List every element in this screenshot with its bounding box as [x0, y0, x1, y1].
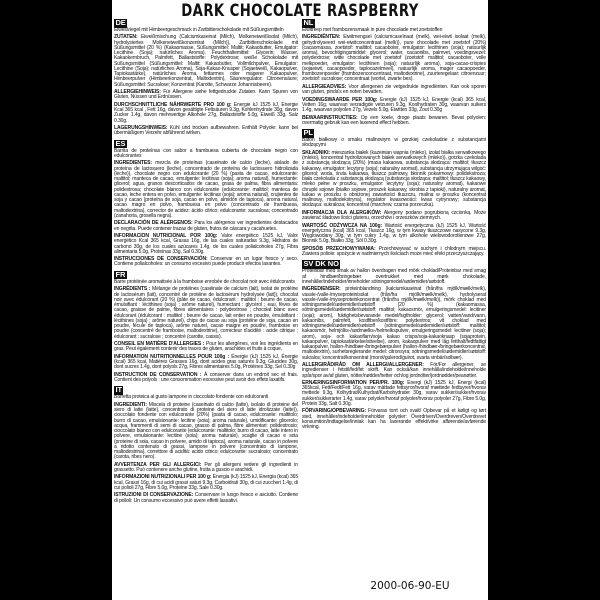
ingredients-text-sv-dk-no: proteinblandning (kalciumkaseinat (från/… — [302, 286, 486, 360]
nutrition-de: DURCHSCHNITTLICHE NÄHRWERTE PRO 100 g: E… — [114, 103, 298, 124]
allergy-fr: CONSEIL EN MATIÈRE D'ALLERGIES : Pour le… — [114, 342, 298, 353]
description-sv-dk-no: Proteinbar med smak av hallon överdragen… — [302, 269, 486, 285]
nutrition-sv-dk-no: ERNÆRINGSINFORMATION PER/PR. 100g: Energ… — [302, 381, 486, 407]
ingredients-pl: SKŁADNIKI: mieszanka białek (kazeinian w… — [302, 151, 486, 209]
label-panel: DARK CHOCOLATE RASPBERRY DE Eiweißriegel… — [112, 0, 488, 600]
right-column: NL Eiwitreep met frambozensmaak in pure … — [302, 18, 486, 433]
description-it: Barretta proteica al gusto lampone in ci… — [114, 395, 298, 400]
nutrition-it: INFORMAZIONI NUTRIZIONALI PER 100 g: Ene… — [114, 475, 298, 491]
description-es: Barrita de proteínas con sabor a frambue… — [114, 149, 298, 160]
description-nl: Eiwitreep met frambozensmaak in pure cho… — [302, 28, 486, 33]
ingredients-text-it: Miscela di proteine (caseinato di calcio… — [114, 402, 298, 461]
allergy-it: AVVERTENZA PER GLI ALLERGICI: Per gli al… — [114, 463, 298, 474]
allergy-es: DECLARACIÓN DE ALÉRGENOS: Para los alérg… — [114, 221, 298, 232]
ingredients-text-es: mezcla de proteínas (caseinato de calcio… — [114, 160, 298, 219]
ingredients-it: INGREDIENTI: Miscela di proteine (casein… — [114, 403, 298, 461]
section-es: ES Barrita de proteínas con sabor a fram… — [114, 139, 298, 268]
description-fr: Barre protéinée aromatisée à la frambois… — [114, 280, 298, 285]
nutrition-fr: INFORMATION NUTRITIONNELLES POUR 100g : … — [114, 355, 298, 371]
ingredients-nl: INGREDIËNTEN: Eiwitmengsel (calciumcaseï… — [302, 35, 486, 82]
allergy-de: ALLERGIEHINWEIS: Für Allergene siehe fet… — [114, 90, 298, 101]
section-it: IT Barretta proteica al gusto lampone in… — [114, 385, 298, 504]
left-column: DE Eiweißriegel mit Himbeergeschmack in … — [114, 18, 298, 506]
allergy-nl: ALLERGIEADVIES: Voor allergenen zie vetg… — [302, 85, 486, 96]
storage-es: INSTRUCCIONES DE CONSERVACIÓN: Conservar… — [114, 257, 298, 268]
ingredients-text-fr: Mélange de protéines (caséinate de calci… — [114, 286, 298, 339]
ingredients-es: INGREDIENTES: mezcla de proteínas (casei… — [114, 161, 298, 219]
section-sv-dk-no: SV DK NO Proteinbar med smak av hallon ö… — [302, 259, 486, 430]
product-code: 2000-06-90-EU — [340, 580, 480, 593]
language-tag-es: ES — [114, 140, 127, 149]
section-pl: PL Baton białkowy o smaku malinowym w go… — [302, 128, 486, 257]
storage-it: ISTRUZIONI DI CONSERVAZIONE: Conservare … — [114, 493, 298, 504]
ingredients-text-nl: Eiwitmengsel (calciumcaseïnaat (melk), w… — [302, 34, 486, 82]
nutrition-pl: WARTOŚĆ ODŻYWCZA NA 100g: Wartość energe… — [302, 224, 486, 245]
ingredients-fr: INGRÉDIENTS : Mélange de protéines (casé… — [114, 287, 298, 340]
description-pl: Baton białkowy o smaku malinowym w gorzk… — [302, 138, 486, 149]
section-fr: FR Barre protéinée aromatisée à la framb… — [114, 270, 298, 383]
storage-pl: SPOSÓB PRZECHOWYWANIA: Przechowywać w su… — [302, 247, 486, 258]
ingredients-sv-dk-no: INGREDIENSER: proteinblandning (kalciumk… — [302, 287, 486, 361]
allergy-sv-dk-no: ALLERGIRÅD/RÅD OM ALLERGI/ALLERGENER: Fö… — [302, 363, 486, 379]
section-de: DE Eiweißriegel mit Himbeergeschmack in … — [114, 18, 298, 137]
storage-sv-dk-no: FÖRVARING/OPBEVARING: Förvaras torrt och… — [302, 409, 486, 430]
storage-nl: BEWAARINSTRUCTIES: Op een koele, droge p… — [302, 116, 486, 127]
section-nl: NL Eiwitreep met frambozensmaak in pure … — [302, 18, 486, 126]
nutrition-es: INFORMACION NUTRICIONAL POR 100g: Valor … — [114, 234, 298, 255]
storage-fr: INSTRUCTION DE CONSERVATION : À conserve… — [114, 373, 298, 384]
ingredients-de: ZUTATEN: Eiweißmischung (Calciumkaseinat… — [114, 35, 298, 88]
storage-de: LAGERUNGSHINWEIS: Kühl und trocken aufbe… — [114, 126, 298, 137]
ingredients-text-de: Eiweißmischung (Calciumkaseinat (Milch),… — [114, 34, 298, 87]
ingredients-text-pl: mieszanka białek (kazeinian wapnia (mlek… — [302, 150, 486, 209]
allergy-pl: INFORMACJA DLA ALERGIKÓW: Alergeny podan… — [302, 211, 486, 222]
nutrition-nl: VOEDINGSWAARDE PER 100g: Energie (kJ) 15… — [302, 98, 486, 114]
description-de: Eiweißriegel mit Himbeergeschmack in Zar… — [114, 28, 298, 33]
